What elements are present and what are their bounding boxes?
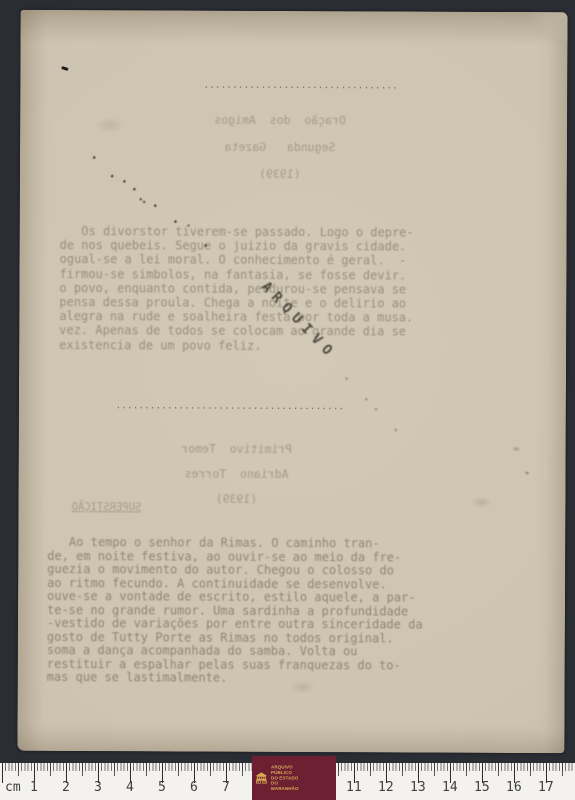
text-line: Primitivo Temor: [152, 436, 322, 462]
ruler-number: 17: [538, 780, 554, 795]
ruler-number: 12: [378, 780, 394, 795]
paper-sheet: .................................. Oraçã…: [17, 10, 567, 753]
text-line: mas que se lastimalmente.: [47, 671, 487, 686]
bleedthrough-header-block: Oração dos AmigosSegunda Gazeta(1939): [140, 106, 420, 188]
dotted-separator-mid: ........................................: [149, 401, 344, 412]
text-line: vez. Apenas de todos se colocam ao grand…: [59, 323, 474, 339]
text-line: existencia de um povo feliz.: [59, 338, 474, 354]
ruler-number: 4: [126, 780, 134, 795]
archive-logo-text: ARQUIVOPÚBLICODO ESTADODO MARANHÃO: [271, 765, 302, 792]
ink-speck: [61, 66, 69, 71]
paper-stain: [94, 117, 126, 133]
ruler-number: 14: [442, 780, 458, 795]
ruler-number: 1: [30, 780, 38, 795]
archive-logo: ARQUIVOPÚBLICODO ESTADODO MARANHÃO: [252, 756, 336, 800]
text-line: Oração dos Amigos: [140, 106, 420, 134]
archive-building-icon: [255, 762, 268, 794]
text-line: DO MARANHÃO: [271, 781, 302, 792]
text-line: (1939): [151, 486, 321, 512]
bleedthrough-paragraph-bottom: Ao tempo o senhor da Rimas. O caminho tr…: [47, 536, 488, 686]
bleedthrough-signature-block: Primitivo TemorAdriano Torres(1939): [151, 436, 321, 512]
dotted-separator-top: ..................................: [170, 80, 430, 91]
paper-stain: [525, 471, 530, 475]
scanned-archive-page: { "scan": { "background_color": "#2b2d35…: [0, 0, 575, 800]
paper-stain: [290, 680, 316, 694]
ruler-number: 2: [62, 780, 70, 795]
ruler-number: 5: [158, 780, 166, 795]
bleedthrough-section-label: SUPERSTIÇÃO: [60, 501, 152, 513]
text-line: (1939): [140, 160, 420, 188]
ruler-number: 6: [190, 780, 198, 795]
ruler-number: 3: [94, 780, 102, 795]
text-line: ogual-se a lei moral. O conhecimento é g…: [59, 252, 474, 268]
text-line: Adriano Torres: [152, 461, 322, 487]
ruler-number: 15: [474, 780, 490, 795]
ruler-unit-label: cm: [5, 780, 21, 795]
stamp-transfer-tail: · ·· ·: [339, 371, 408, 442]
ruler-number: 7: [222, 780, 230, 795]
ruler-number: 11: [346, 780, 362, 795]
paper-stain: [470, 497, 492, 508]
ruler-number: 16: [506, 780, 522, 795]
ruler-number: 13: [410, 780, 426, 795]
corner-fold: [521, 12, 567, 40]
paper-stain: [512, 446, 521, 452]
text-line: Segunda Gazeta: [140, 133, 420, 161]
